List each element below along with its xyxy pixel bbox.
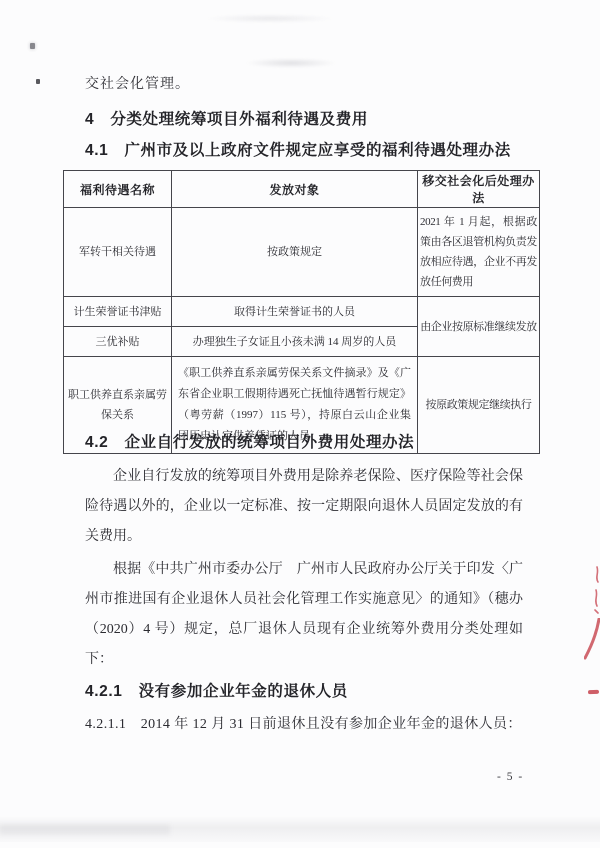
scan-speck [36,79,40,84]
table-row: 军转干相关待遇 按政策规定 2021 年 1 月起，根据政策由各区退管机构负责发… [64,208,540,297]
column-header-recipients: 发放对象 [172,171,418,208]
handling-cell-merged: 由企业按原标准继续发放 [418,297,540,357]
paragraph-intro: 交社会化管理。 [85,70,190,100]
scan-edge-shadow [0,816,600,842]
benefit-name-cell: 三优补贴 [64,327,172,357]
paragraph-policy-basis: 根据《中共广州市委办公厅 广州市人民政府办公厅关于印发〈广州市推进国有企业退休人… [85,555,523,675]
benefit-name-cell: 军转干相关待遇 [64,208,172,297]
recipients-cell: 取得计生荣誉证书的人员 [172,297,418,327]
benefit-name-cell: 计生荣誉证书津贴 [64,297,172,327]
heading-section-4: 4 分类处理统筹项目外福利待遇及费用 [85,110,368,130]
column-header-benefit-name: 福利待遇名称 [64,171,172,208]
table-row: 计生荣誉证书津贴 取得计生荣誉证书的人员 由企业按原标准继续发放 [64,297,540,327]
column-header-handling: 移交社会化后处理办法 [418,171,540,208]
red-pen-dash [588,690,599,694]
table-header-row: 福利待遇名称 发放对象 移交社会化后处理办法 [64,171,540,208]
heading-section-4-2: 4.2 企业自行发放的统筹项目外费用处理办法 [85,433,414,453]
red-pen-stroke [584,618,600,660]
benefits-table: 福利待遇名称 发放对象 移交社会化后处理办法 军转干相关待遇 按政策规定 202… [63,170,540,454]
scan-smudge [245,58,337,68]
paragraph-4-2-1-1: 4.2.1.1 2014 年 12 月 31 日前退休且没有参加企业年金的退休人… [85,710,522,740]
scanned-document-page: 交社会化管理。 4 分类处理统筹项目外福利待遇及费用 4.1 广州市及以上政府文… [0,0,600,848]
scan-edge-shadow [0,824,170,835]
benefits-table-body: 军转干相关待遇 按政策规定 2021 年 1 月起，根据政策由各区退管机构负责发… [64,208,540,454]
scan-speck [30,43,35,49]
heading-section-4-2-1: 4.2.1 没有参加企业年金的退休人员 [85,682,348,702]
red-pen-squiggle [592,566,600,614]
scan-smudge [205,14,335,23]
handling-cell: 2021 年 1 月起，根据政策由各区退管机构负责发放相应待遇，企业不再发放任何… [418,208,540,297]
page-number: - 5 - [497,771,524,783]
benefits-table-header: 福利待遇名称 发放对象 移交社会化后处理办法 [64,171,540,208]
recipients-cell: 按政策规定 [172,208,418,297]
handling-cell: 按原政策规定继续执行 [418,357,540,454]
paragraph-definition: 企业自行发放的统筹项目外费用是除养老保险、医疗保险等社会保险待遇以外的，企业以一… [85,462,523,552]
heading-section-4-1: 4.1 广州市及以上政府文件规定应享受的福利待遇处理办法 [85,141,511,161]
recipients-cell: 办理独生子女证且小孩未满 14 周岁的人员 [172,327,418,357]
